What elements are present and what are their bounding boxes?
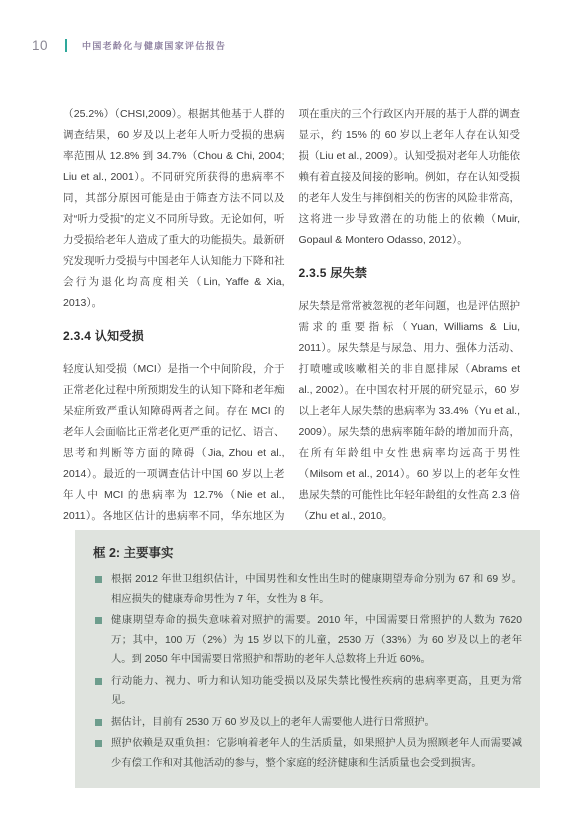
- bullet-square-icon: [95, 576, 102, 583]
- fact-text: 健康期望寿命的损失意味着对照护的需要。2010 年，中国需要日常照护的人数为 7…: [111, 611, 522, 670]
- document-page: 10 中国老龄化与健康国家评估报告 （25.2%）（CHSI,2009）。根据其…: [0, 0, 580, 820]
- fact-text: 根据 2012 年世卫组织估计，中国男性和女性出生时的健康期望寿命分别为 67 …: [111, 570, 522, 609]
- section-heading-cognitive-impairment: 2.3.4 认知受损: [63, 327, 285, 344]
- fact-text: 据估计，目前有 2530 万 60 岁及以上的老年人需要他人进行日常照护。: [111, 713, 522, 733]
- fact-item: 据估计，目前有 2530 万 60 岁及以上的老年人需要他人进行日常照护。: [93, 713, 522, 733]
- section-heading-incontinence: 2.3.5 尿失禁: [299, 264, 521, 281]
- paragraph-incontinence: 尿失禁是常常被忽视的老年问题，也是评估照护需求的重要指标（Yuan, Willi…: [299, 296, 521, 527]
- fact-item: 行动能力、视力、听力和认知功能受损以及尿失禁比慢性疾病的患病率更高，且更为常见。: [93, 672, 522, 711]
- bullet-square-icon: [95, 678, 102, 685]
- left-column: （25.2%）（CHSI,2009）。根据其他基于人群的调查结果，60 岁及以上…: [63, 104, 285, 528]
- report-title: 中国老龄化与健康国家评估报告: [82, 39, 226, 52]
- page-number: 10: [32, 38, 48, 53]
- fact-item: 健康期望寿命的损失意味着对照护的需要。2010 年，中国需要日常照护的人数为 7…: [93, 611, 522, 670]
- right-column: 项在重庆的三个行政区内开展的基于人群的调查显示，约 15% 的 60 岁以上老年…: [299, 104, 521, 528]
- bullet-square-icon: [95, 740, 102, 747]
- fact-text: 照护依赖是双重负担：它影响着老年人的生活质量，如果照护人员为照顾老年人而需要减少…: [111, 734, 522, 773]
- page-header: 10 中国老龄化与健康国家评估报告: [32, 38, 226, 53]
- paragraph-cognitive-continued: 项在重庆的三个行政区内开展的基于人群的调查显示，约 15% 的 60 岁以上老年…: [299, 104, 521, 251]
- paragraph-hearing-impairment: （25.2%）（CHSI,2009）。根据其他基于人群的调查结果，60 岁及以上…: [63, 104, 285, 314]
- paragraph-cognitive-impairment: 轻度认知受损（MCI）是指一个中间阶段，介于正常老化过程中所预期发生的认知下降和…: [63, 359, 285, 528]
- body-columns: （25.2%）（CHSI,2009）。根据其他基于人群的调查结果，60 岁及以上…: [63, 104, 520, 528]
- bullet-square-icon: [95, 617, 102, 624]
- key-facts-box: 框 2: 主要事实 根据 2012 年世卫组织估计，中国男性和女性出生时的健康期…: [75, 530, 540, 788]
- fact-item: 照护依赖是双重负担：它影响着老年人的生活质量，如果照护人员为照顾老年人而需要减少…: [93, 734, 522, 773]
- fact-item: 根据 2012 年世卫组织估计，中国男性和女性出生时的健康期望寿命分别为 67 …: [93, 570, 522, 609]
- factbox-title: 框 2: 主要事实: [93, 543, 522, 561]
- bullet-square-icon: [95, 719, 102, 726]
- header-divider-bar: [65, 39, 67, 52]
- fact-text: 行动能力、视力、听力和认知功能受损以及尿失禁比慢性疾病的患病率更高，且更为常见。: [111, 672, 522, 711]
- factbox-bullet-list: 根据 2012 年世卫组织估计，中国男性和女性出生时的健康期望寿命分别为 67 …: [93, 570, 522, 773]
